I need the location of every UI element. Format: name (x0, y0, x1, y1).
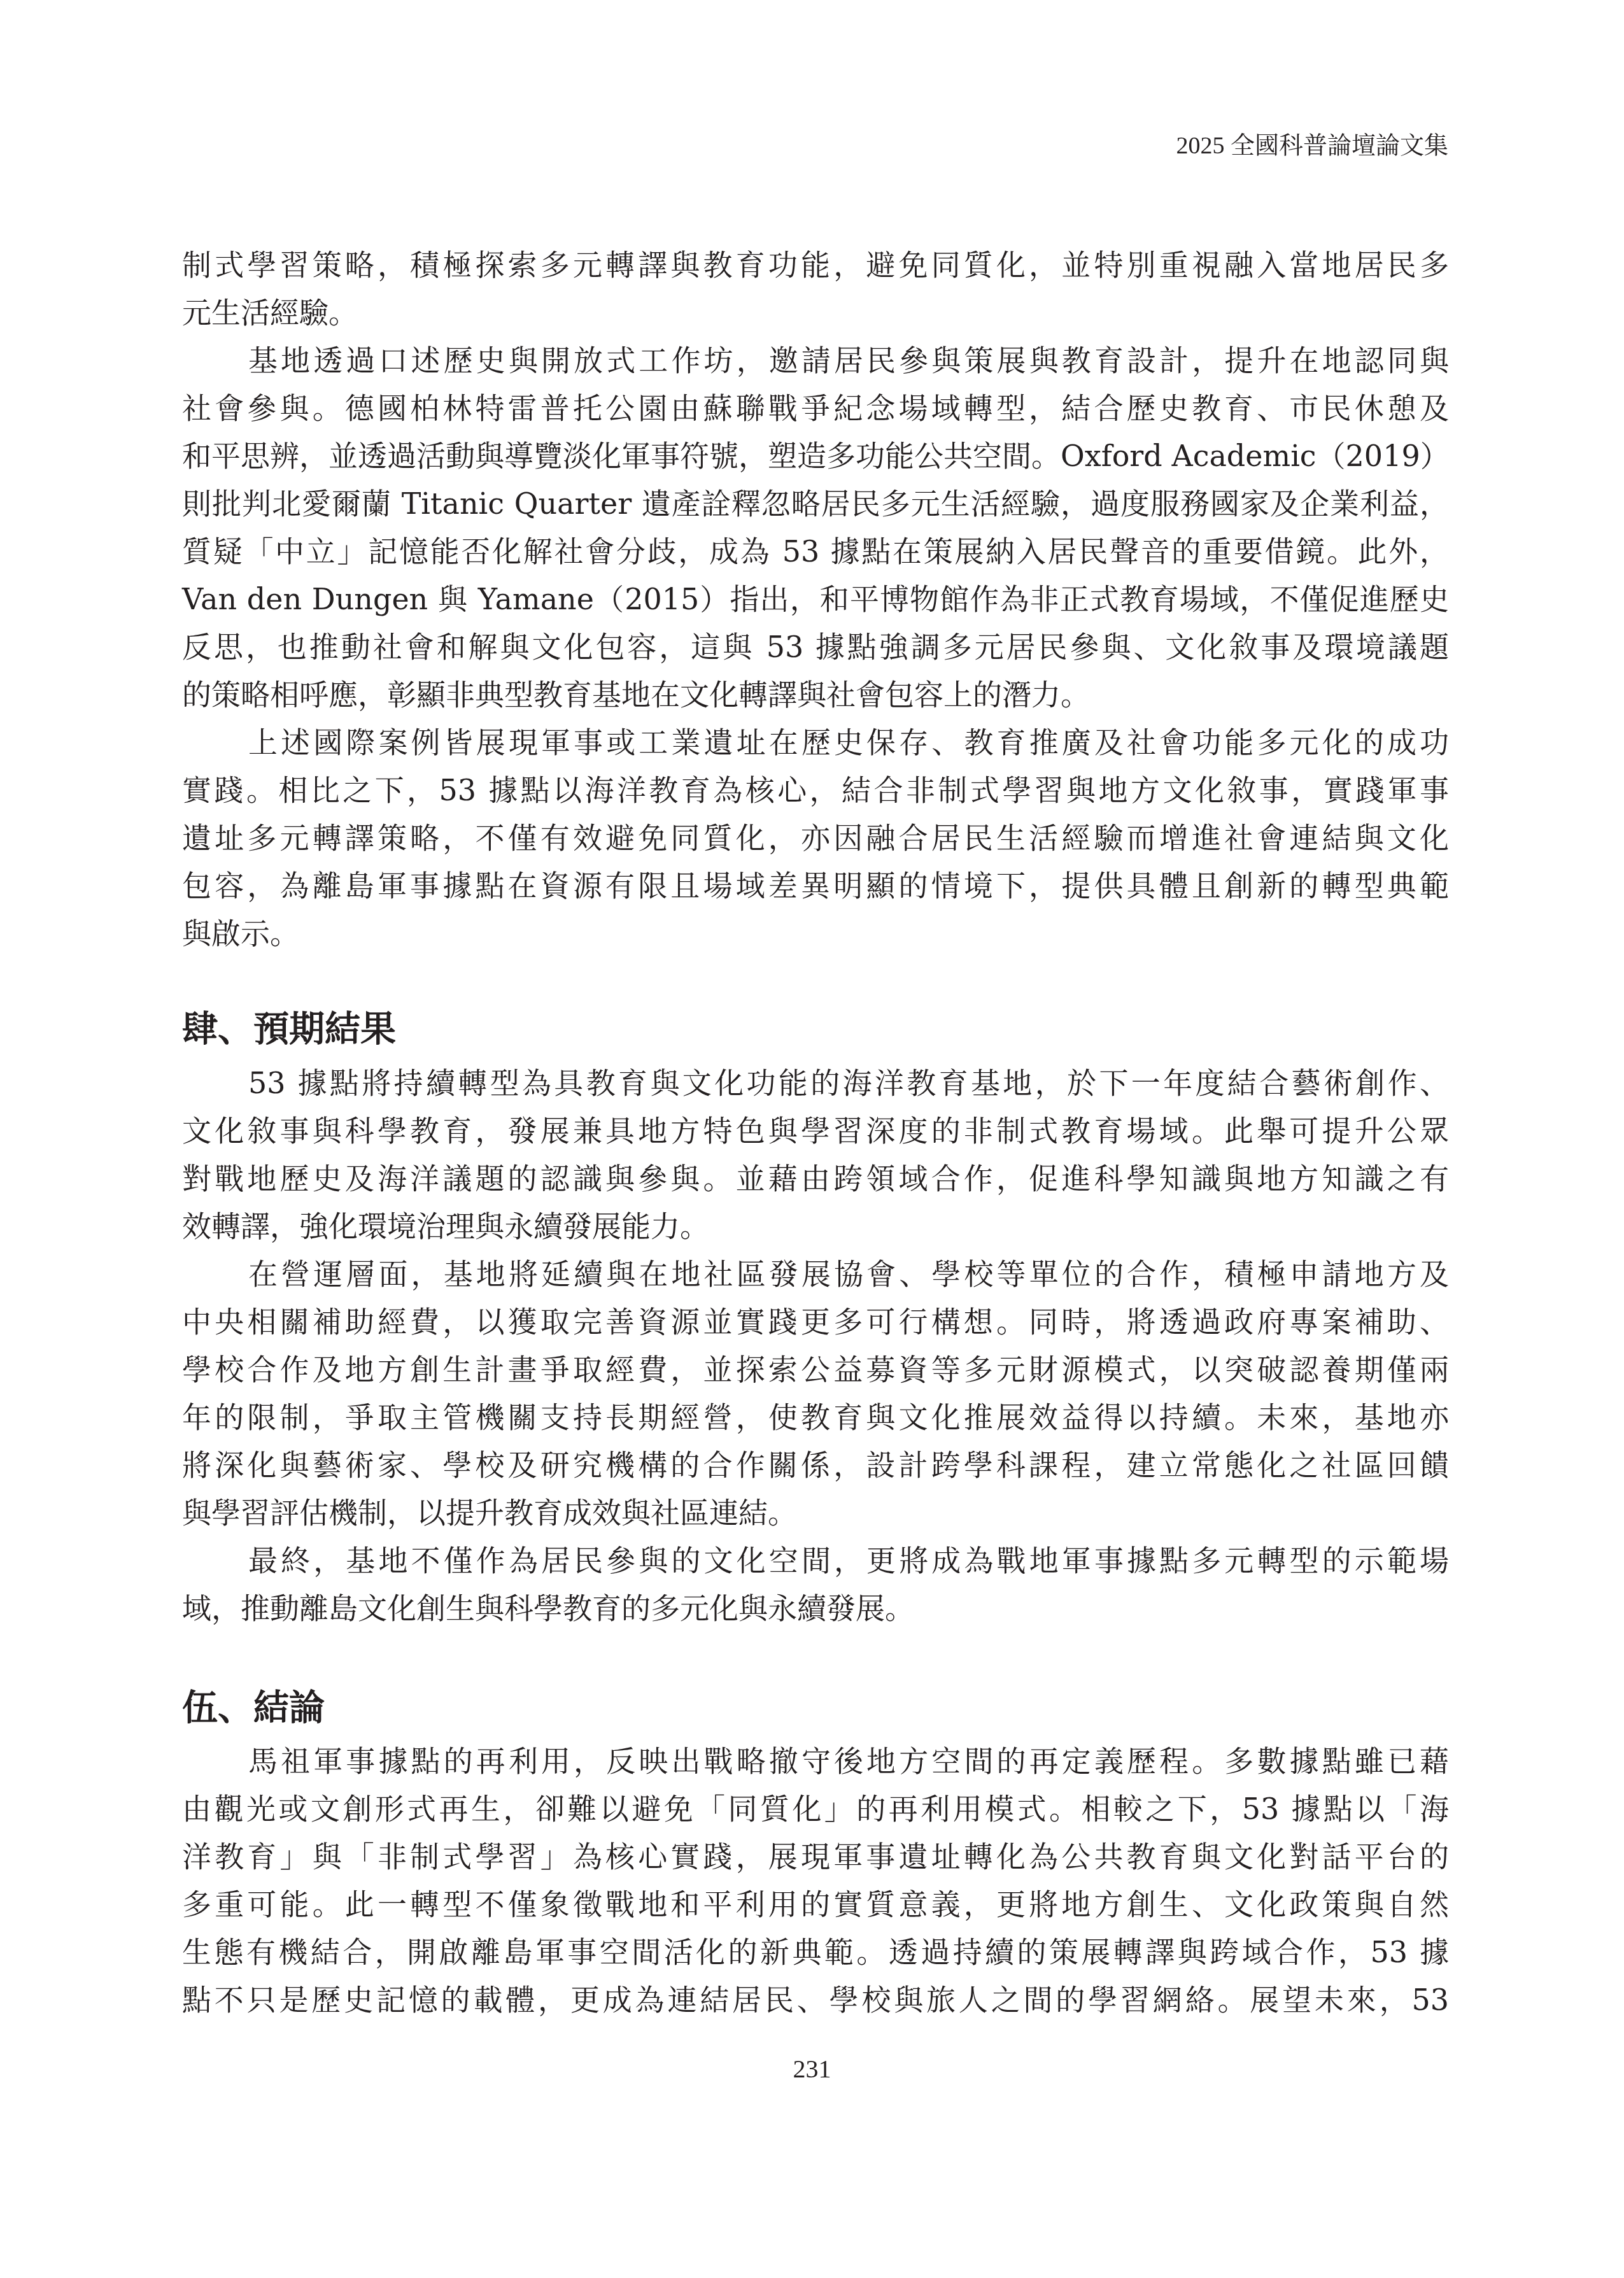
text-line: Van den Dungen 與 Yamane（2015）指出，和平博物館作為非… (182, 581, 1449, 617)
section-heading: 肆、預期結果 (182, 1008, 396, 1049)
text-line: 元生活經驗。 (182, 295, 1449, 330)
text-line: 包容，為離島軍事據點在資源有限且場域差異明顯的情境下，提供具體且創新的轉型典範 (182, 868, 1449, 903)
text-line: 則批判北愛爾蘭 Titanic Quarter 遺產詮釋忽略居民多元生活經驗，過… (182, 486, 1449, 521)
text-line: 最終，基地不僅作為居民參與的文化空間，更將成為戰地軍事據點多元轉型的示範場 (248, 1543, 1449, 1578)
text-line: 上述國際案例皆展現軍事或工業遺址在歷史保存、教育推廣及社會功能多元化的成功 (248, 725, 1449, 760)
running-header: 2025 全國科普論壇論文集 (1176, 131, 1448, 160)
text-line: 與啟示。 (182, 916, 1449, 951)
text-line: 在營運層面，基地將延續與在地社區發展協會、學校等單位的合作，積極申請地方及 (248, 1256, 1449, 1292)
text-line: 效轉譯，強化環境治理與永續發展能力。 (182, 1208, 1449, 1244)
text-line: 實踐。相比之下，53 據點以海洋教育為核心，結合非制式學習與地方文化敘事，實踐軍… (182, 772, 1449, 808)
text-line: 文化敘事與科學教育，發展兼具地方特色與學習深度的非制式教育場域。此舉可提升公眾 (182, 1113, 1449, 1149)
text-line: 洋教育」與「非制式學習」為核心實踐，展現軍事遺址轉化為公共教育與文化對話平台的 (182, 1839, 1449, 1874)
text-line: 反思，也推動社會和解與文化包容，這與 53 據點強調多元居民參與、文化敘事及環境… (182, 629, 1449, 665)
page-number: 231 (0, 2054, 1624, 2084)
text-line: 年的限制，爭取主管機關支持長期經營，使教育與文化推展效益得以持續。未來，基地亦 (182, 1399, 1449, 1435)
text-line: 由觀光或文創形式再生，卻難以避免「同質化」的再利用模式。相較之下，53 據點以「… (182, 1791, 1449, 1827)
text-line: 域，推動離島文化創生與科學教育的多元化與永續發展。 (182, 1590, 1449, 1626)
document-page: 2025 全國科普論壇論文集 制式學習策略，積極探索多元轉譯與教育功能，避免同質… (0, 0, 1624, 2278)
text-line: 中央相關補助經費，以獲取完善資源並實踐更多可行構想。同時，將透過政府專案補助、 (182, 1304, 1449, 1340)
text-line: 將深化與藝術家、學校及研究機構的合作關係，設計跨學科課程，建立常態化之社區回饋 (182, 1447, 1449, 1483)
text-line: 對戰地歷史及海洋議題的認識與參與。並藉由跨領域合作，促進科學知識與地方知識之有 (182, 1161, 1449, 1196)
text-line: 遺址多元轉譯策略，不僅有效避免同質化，亦因融合居民生活經驗而增進社會連結與文化 (182, 820, 1449, 856)
text-line: 生態有機結合，開啟離島軍事空間活化的新典範。透過持續的策展轉譯與跨域合作，53 … (182, 1934, 1449, 1970)
section-heading: 伍、結論 (182, 1687, 325, 1728)
text-line: 制式學習策略，積極探索多元轉譯與教育功能，避免同質化，並特別重視融入當地居民多 (182, 247, 1449, 283)
text-line: 多重可能。此一轉型不僅象徵戰地和平利用的實質意義，更將地方創生、文化政策與自然 (182, 1886, 1449, 1922)
text-line: 基地透過口述歷史與開放式工作坊，邀請居民參與策展與教育設計，提升在地認同與 (248, 343, 1449, 378)
text-line: 質疑「中立」記憶能否化解社會分歧，成為 53 據點在策展納入居民聲音的重要借鏡。… (182, 534, 1449, 569)
text-line: 社會參與。德國柏林特雷普托公園由蘇聯戰爭紀念場域轉型，結合歷史教育、市民休憩及 (182, 390, 1449, 426)
text-line: 點不只是歷史記憶的載體，更成為連結居民、學校與旅人之間的學習網絡。展望未來，53 (182, 1982, 1449, 2018)
text-line: 馬祖軍事據點的再利用，反映出戰略撤守後地方空間的再定義歷程。多數據點雖已藉 (248, 1743, 1449, 1779)
text-line: 53 據點將持續轉型為具教育與文化功能的海洋教育基地，於下一年度結合藝術創作、 (248, 1065, 1449, 1101)
text-line: 學校合作及地方創生計畫爭取經費，並探索公益募資等多元財源模式，以突破認養期僅兩 (182, 1352, 1449, 1387)
text-line: 與學習評估機制，以提升教育成效與社區連結。 (182, 1495, 1449, 1531)
text-line: 的策略相呼應，彰顯非典型教育基地在文化轉譯與社會包容上的潛力。 (182, 677, 1449, 712)
text-line: 和平思辨，並透過活動與導覽淡化軍事符號，塑造多功能公共空間。Oxford Aca… (182, 438, 1449, 474)
